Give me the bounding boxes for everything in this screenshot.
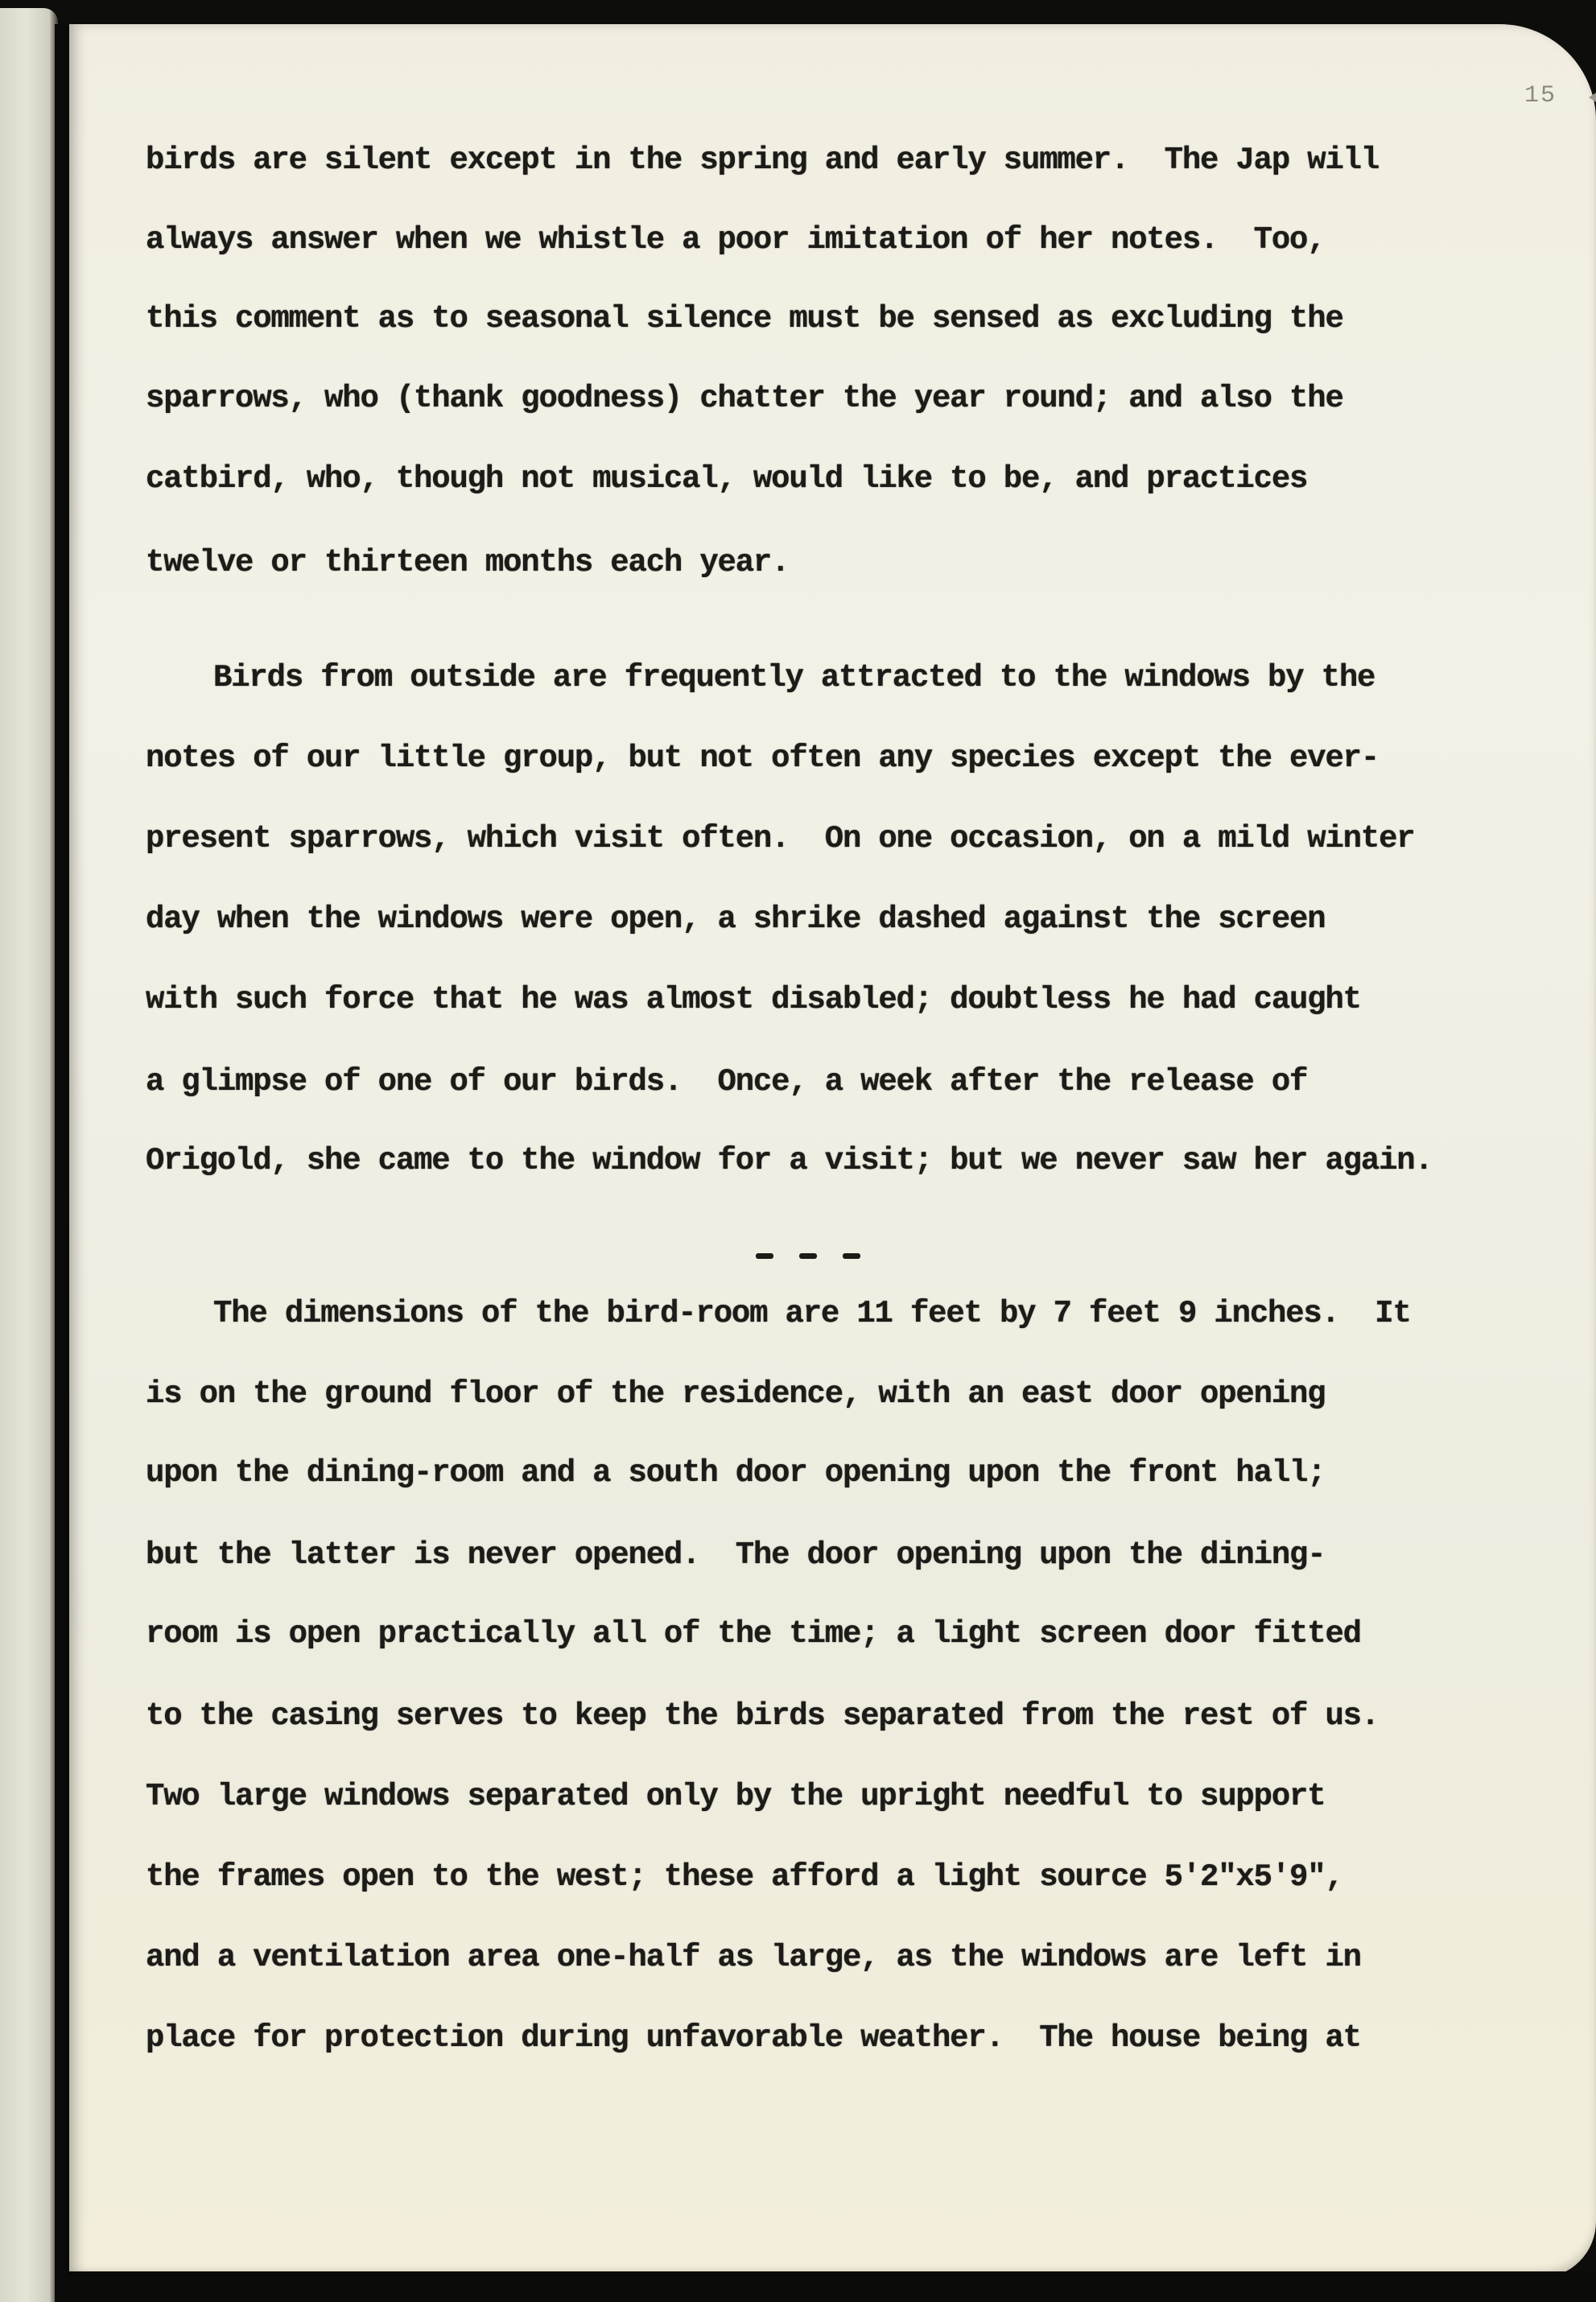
text-line: twelve or thirteen months each year. — [146, 547, 789, 579]
text-line: with such force that he was almost disab… — [146, 984, 1361, 1016]
text-line: place for protection during unfavorable … — [146, 2023, 1361, 2054]
dash-mark — [843, 1253, 860, 1259]
previous-page-edge — [0, 8, 58, 2302]
typewritten-page: 15 birds are silent except in the spring… — [69, 24, 1596, 2278]
text-line: and a ventilation area one-half as large… — [146, 1942, 1361, 1974]
text-line: the frames open to the west; these affor… — [146, 1862, 1343, 1893]
text-line: Origold, she came to the window for a vi… — [146, 1145, 1433, 1177]
text-line: catbird, who, though not musical, would … — [146, 464, 1307, 495]
text-line: upon the dining-room and a south door op… — [146, 1458, 1325, 1489]
page-body: birds are silent except in the spring an… — [146, 24, 1596, 1087]
text-line: present sparrows, which visit often. On … — [146, 823, 1414, 855]
text-line: day when the windows were open, a shrike… — [146, 904, 1325, 935]
text-line: birds are silent except in the spring an… — [146, 145, 1379, 176]
text-line: is on the ground floor of the residence,… — [146, 1379, 1325, 1410]
text-line: notes of our little group, but not often… — [146, 743, 1379, 774]
page-bottom-shadow — [69, 2271, 1596, 2302]
text-line: Two large windows separated only by the … — [146, 1781, 1325, 1813]
scanned-page-photo: 15 birds are silent except in the spring… — [0, 0, 1596, 2302]
text-line: Birds from outside are frequently attrac… — [213, 662, 1375, 694]
text-line: always answer when we whistle a poor imi… — [146, 225, 1325, 256]
dash-mark — [756, 1253, 773, 1259]
text-line: but the latter is never opened. The door… — [146, 1540, 1325, 1571]
text-line: a glimpse of one of our birds. Once, a w… — [146, 1066, 1307, 1098]
text-line: sparrows, who (thank goodness) chatter t… — [146, 383, 1343, 415]
text-line: to the casing serves to keep the birds s… — [146, 1701, 1379, 1732]
text-line: room is open practically all of the time… — [146, 1619, 1361, 1650]
section-separator — [756, 1250, 860, 1261]
text-line: The dimensions of the bird-room are 11 f… — [213, 1298, 1411, 1330]
text-line: this comment as to seasonal silence must… — [146, 303, 1343, 335]
dash-mark — [799, 1253, 817, 1259]
